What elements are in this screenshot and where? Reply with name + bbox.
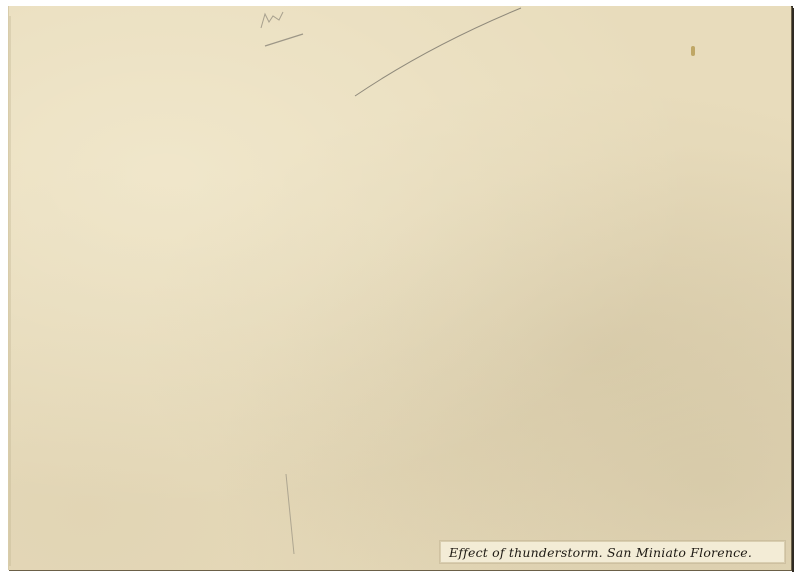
caption-text: Effect of thunderstorm. San Miniato Flor… xyxy=(449,545,752,560)
caption-label: Effect of thunderstorm. San Miniato Flor… xyxy=(440,541,785,563)
foxing-stain xyxy=(691,46,695,56)
mount-card xyxy=(8,6,791,570)
pencil-marks xyxy=(9,6,791,570)
